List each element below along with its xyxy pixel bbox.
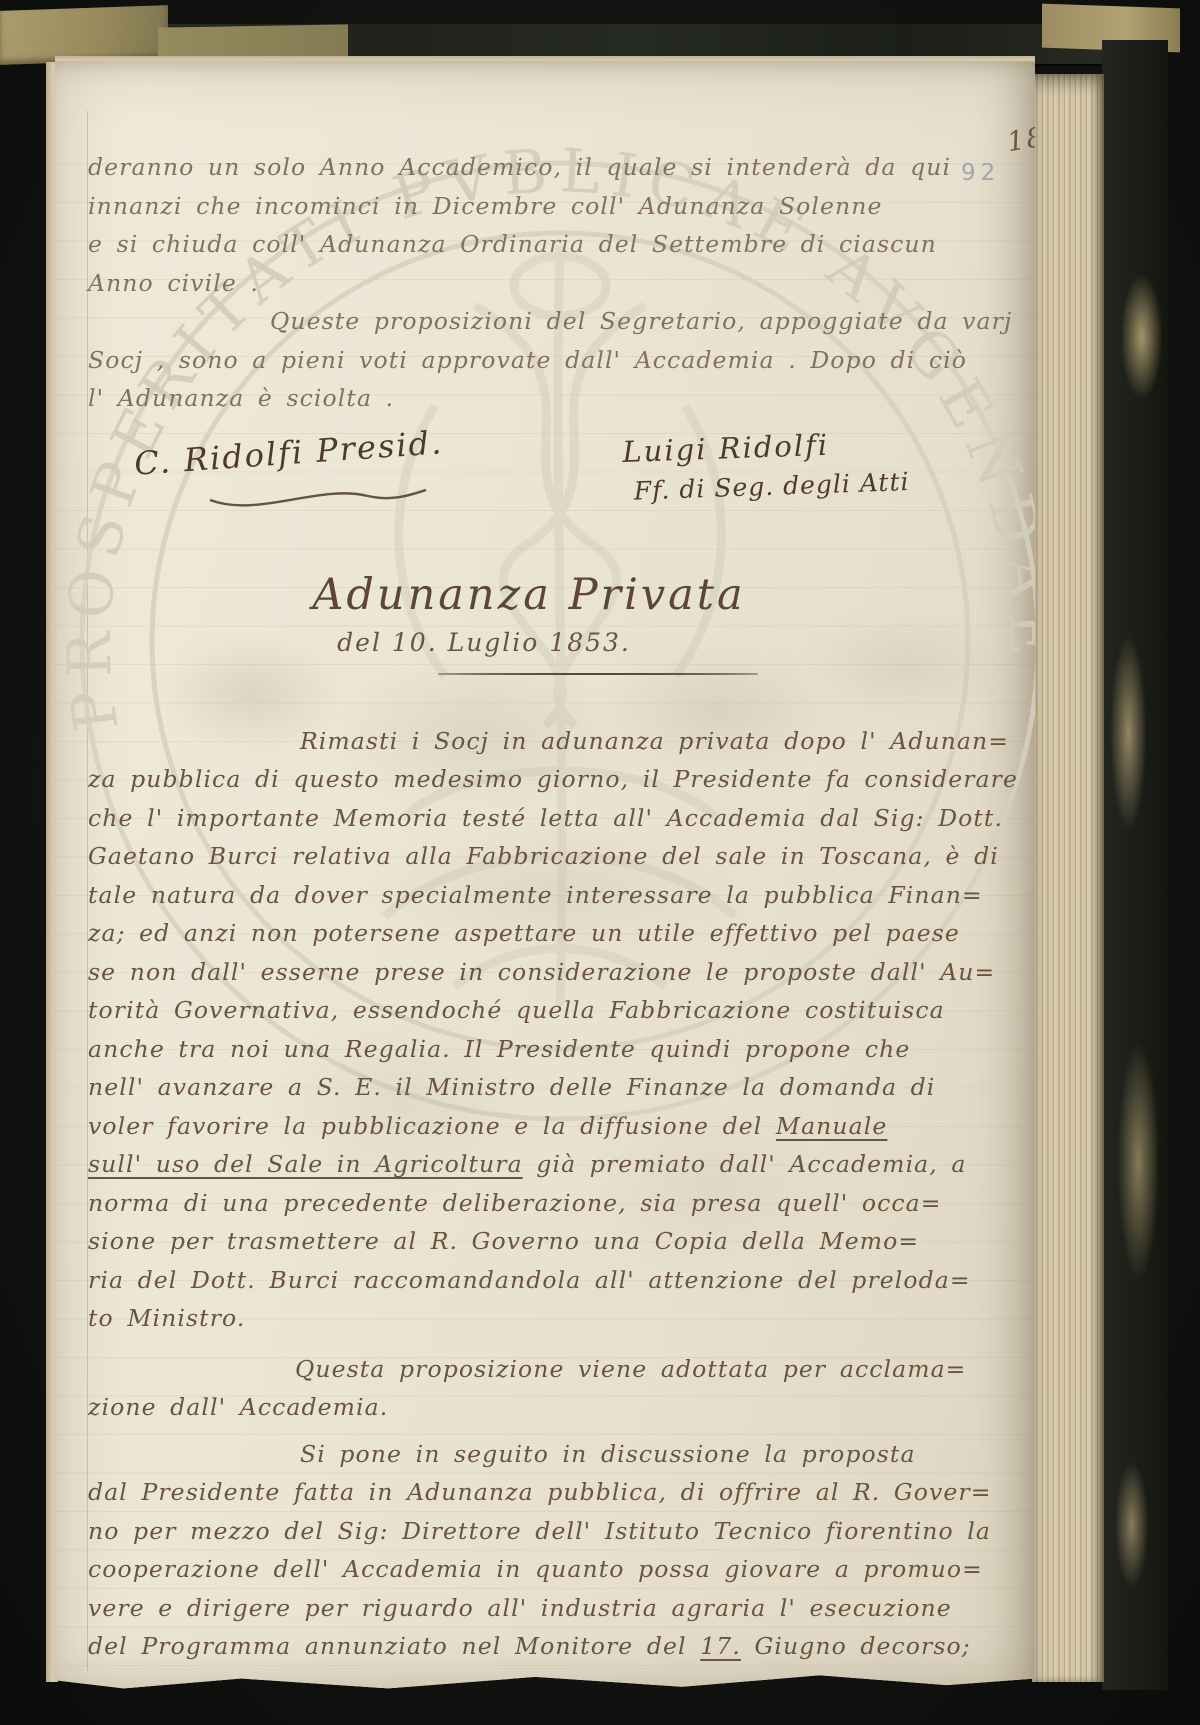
text-segment: l' Adunanza è sciolta . — [88, 384, 394, 412]
manuscript-line: innanzi che incominci in Dicembre coll' … — [88, 187, 1030, 226]
manuscript-line: tale natura da dover specialmente intere… — [88, 876, 1030, 915]
text-segment: to Ministro. — [88, 1304, 245, 1332]
manuscript-line: Socj , sono a pieni voti approvate dall'… — [88, 341, 1030, 380]
fore-edge-page-stack — [1032, 74, 1104, 1682]
manuscript-line: deranno un solo Anno Accademico, il qual… — [88, 148, 1030, 187]
text-segment: Socj , sono a pieni voti approvate dall'… — [88, 346, 967, 374]
underlined-text: sull' uso del Sale in Agricoltura — [88, 1150, 523, 1178]
text-segment: torità Governativa, essendoché quella Fa… — [88, 996, 945, 1024]
closing-paragraphs: deranno un solo Anno Accademico, il qual… — [88, 148, 1030, 418]
text-segment: deranno un solo Anno Accademico, il qual… — [88, 153, 951, 181]
text-segment: za pubblica di questo medesimo giorno, i… — [88, 765, 1018, 793]
manuscript-line: Anno civile . — [88, 264, 1030, 303]
manuscript-line: che l' importante Memoria testé letta al… — [88, 799, 1030, 838]
section-heading-block: Adunanza Privata del 10. Luglio 1853. — [88, 570, 1030, 722]
text-segment: tale natura da dover specialmente intere… — [88, 881, 983, 909]
manuscript-line: nell' avanzare a S. E. il Ministro delle… — [88, 1068, 1030, 1107]
manuscript-line: Si pone in seguito in discussione la pro… — [88, 1435, 1030, 1474]
manuscript-line: Questa proposizione viene adottata per a… — [88, 1350, 1030, 1389]
manuscript-line: sull' uso del Sale in Agricoltura già pr… — [88, 1145, 1030, 1184]
body-paragraphs: Rimasti i Socj in adunanza privata dopo … — [88, 722, 1030, 1666]
text-segment: voler favorire la pubblicazione e la dif… — [88, 1112, 776, 1140]
page-top-edge — [55, 56, 1035, 62]
text-segment: Queste proposizioni del Segretario, appo… — [270, 307, 1012, 335]
manuscript-line: dal Presidente fatta in Adunanza pubblic… — [88, 1473, 1030, 1512]
text-segment: Gaetano Burci relativa alla Fabbricazion… — [88, 842, 999, 870]
text-segment: no per mezzo del Sig: Direttore dell' Is… — [88, 1517, 991, 1545]
text-segment: dal Presidente fatta in Adunanza pubblic… — [88, 1478, 992, 1506]
signature-secretary: Luigi Ridolfi Ff. di Seg. degli Atti — [622, 425, 910, 506]
text-segment: vere e dirigere per riguardo all' indust… — [88, 1594, 952, 1622]
text-segment: se non dall' esserne prese in consideraz… — [88, 958, 995, 986]
signature-block: C. Ridolfi Presid. Luigi Ridolfi Ff. di … — [88, 418, 1030, 570]
book-cover-right-edge — [1102, 40, 1168, 1690]
manuscript-line: anche tra noi una Regalia. Il Presidente… — [88, 1030, 1030, 1069]
manuscript-line: se non dall' esserne prese in consideraz… — [88, 953, 1030, 992]
signature-secretary-name: Luigi Ridolfi — [622, 425, 909, 469]
manuscript-line: za; ed anzi non potersene aspettare un u… — [88, 914, 1030, 953]
underlined-text: Manuale — [776, 1112, 887, 1140]
manuscript-line: no per mezzo del Sig: Direttore dell' Is… — [88, 1512, 1030, 1551]
manuscript-line: e si chiuda coll' Adunanza Ordinaria del… — [88, 225, 1030, 264]
manuscript-line: Rimasti i Socj in adunanza privata dopo … — [88, 722, 1030, 761]
manuscript-line: voler favorire la pubblicazione e la dif… — [88, 1107, 1030, 1146]
manuscript-line: norma di una precedente deliberazione, s… — [88, 1184, 1030, 1223]
text-segment: già premiato dall' Accademia, a — [523, 1150, 967, 1178]
text-segment: anche tra noi una Regalia. Il Presidente… — [88, 1035, 910, 1063]
text-segment: nell' avanzare a S. E. il Ministro delle… — [88, 1073, 935, 1101]
text-segment: norma di una precedente deliberazione, s… — [88, 1189, 942, 1217]
text-segment: che l' importante Memoria testé letta al… — [88, 804, 1003, 832]
manuscript-line: vere e dirigere per riguardo all' indust… — [88, 1589, 1030, 1628]
text-segment: innanzi che incominci in Dicembre coll' … — [88, 192, 883, 220]
signature-secretary-title: Ff. di Seg. degli Atti — [623, 467, 910, 506]
text-segment: Questa proposizione viene adottata per a… — [295, 1355, 966, 1383]
section-heading: Adunanza Privata — [88, 570, 970, 620]
text-segment: sione per trasmettere al R. Governo una … — [88, 1227, 919, 1255]
signature-flourish — [198, 482, 438, 518]
manuscript-page: PROSPERITATI PVBLICAE AVGENDAE 181. 92 d… — [55, 56, 1035, 1690]
manuscript-line: Gaetano Burci relativa alla Fabbricazion… — [88, 837, 1030, 876]
photo-background: PROSPERITATI PVBLICAE AVGENDAE 181. 92 d… — [0, 0, 1200, 1725]
text-segment: zione dall' Accademia. — [88, 1393, 388, 1421]
manuscript-line: sione per trasmettere al R. Governo una … — [88, 1222, 1030, 1261]
text-segment: Anno civile . — [88, 269, 259, 297]
manuscript-line: torità Governativa, essendoché quella Fa… — [88, 991, 1030, 1030]
manuscript-line: l' Adunanza è sciolta . — [88, 379, 1030, 418]
manuscript-line: del Programma annunziato nel Monitore de… — [88, 1627, 1030, 1666]
manuscript-line: za pubblica di questo medesimo giorno, i… — [88, 760, 1030, 799]
manuscript-line: ria del Dott. Burci raccomandandola all'… — [88, 1261, 1030, 1300]
text-segment: del Programma annunziato nel Monitore de… — [88, 1632, 700, 1660]
signature-president: C. Ridolfi Presid. — [133, 423, 444, 482]
text-segment: Rimasti i Socj in adunanza privata dopo … — [300, 727, 1009, 755]
text-segment: e si chiuda coll' Adunanza Ordinaria del… — [88, 230, 937, 258]
text-segment: Si pone in seguito in discussione la pro… — [300, 1440, 916, 1468]
text-segment: za; ed anzi non potersene aspettare un u… — [88, 919, 960, 947]
section-date: del 10. Luglio 1853. — [88, 628, 880, 657]
text-column: deranno un solo Anno Accademico, il qual… — [88, 148, 1030, 1666]
underlined-text: 17. — [700, 1632, 741, 1660]
manuscript-line: to Ministro. — [88, 1299, 1030, 1338]
text-segment: ria del Dott. Burci raccomandandola all'… — [88, 1266, 971, 1294]
manuscript-line: zione dall' Accademia. — [88, 1388, 1030, 1427]
manuscript-line: cooperazione dell' Accademia in quanto p… — [88, 1550, 1030, 1589]
binding-corner-left — [0, 5, 168, 65]
text-segment: cooperazione dell' Accademia in quanto p… — [88, 1555, 983, 1583]
heading-rule — [438, 673, 758, 676]
manuscript-line: Queste proposizioni del Segretario, appo… — [88, 302, 1030, 341]
text-segment: Giugno decorso; — [741, 1632, 971, 1660]
